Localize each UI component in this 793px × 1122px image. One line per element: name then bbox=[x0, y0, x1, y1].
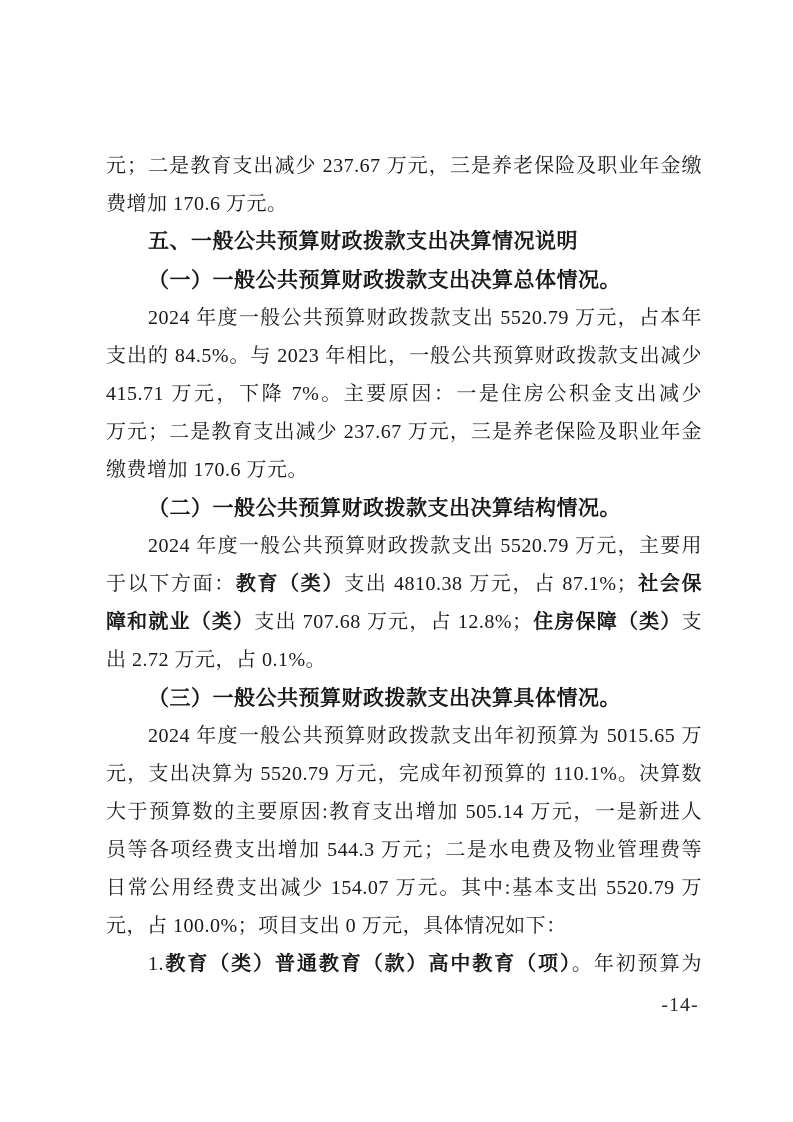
text-segment: 支 bbox=[682, 611, 702, 633]
body-text-line: 元；二是教育支出减少 237.67 万元，三是养老保险及职业年金缴 bbox=[106, 147, 702, 185]
body-text-line: 1.教育（类）普通教育（款）高中教育（项）。年初预算为 bbox=[106, 945, 702, 983]
body-text-line: 于以下方面：教育（类）支出 4810.38 万元，占 87.1%；社会保 bbox=[106, 565, 702, 603]
page-number: -14- bbox=[650, 992, 710, 1018]
body-text-line: 费增加 170.6 万元。 bbox=[106, 185, 702, 223]
text-segment: 缴费增加 170.6 万元。 bbox=[106, 459, 308, 481]
bold-text-segment: 障和就业（类） bbox=[106, 611, 254, 633]
text-segment: 日常公用经费支出减少 154.07 万元。其中:基本支出 5520.79 万 bbox=[106, 877, 702, 899]
text-segment: 费增加 170.6 万元。 bbox=[106, 193, 288, 215]
text-segment: 出 2.72 万元，占 0.1%。 bbox=[106, 649, 326, 671]
body-text-line: 2024 年度一般公共预算财政拨款支出年初预算为 5015.65 万 bbox=[106, 717, 702, 755]
text-segment: 2024 年度一般公共预算财政拨款支出 5520.79 万元，占本年 bbox=[148, 307, 702, 329]
body-text-line: 万元；二是教育支出减少 237.67 万元，三是养老保险及职业年金 bbox=[106, 413, 702, 451]
bold-text-segment: 住房保障（类） bbox=[533, 611, 682, 633]
text-segment: 支出 4810.38 万元，占 87.1%； bbox=[344, 573, 637, 595]
body-text-line: 415.71 万元，下降 7%。主要原因：一是住房公积金支出减少 348.65 bbox=[106, 375, 702, 413]
text-segment: 支出的 84.5%。与 2023 年相比，一般公共预算财政拨款支出减少 bbox=[106, 345, 702, 367]
bold-text-segment: 教育（类） bbox=[236, 573, 344, 595]
body-text-line: 大于预算数的主要原因:教育支出增加 505.14 万元，一是新进人 bbox=[106, 793, 702, 831]
bold-text-segment: 五、一般公共预算财政拨款支出决算情况说明 bbox=[148, 230, 578, 253]
text-segment: 元；二是教育支出减少 237.67 万元，三是养老保险及职业年金缴 bbox=[106, 155, 702, 177]
text-segment: 2024 年度一般公共预算财政拨款支出年初预算为 5015.65 万 bbox=[148, 725, 702, 747]
text-segment: 。年初预算为 bbox=[572, 953, 702, 975]
body-text-line: 支出的 84.5%。与 2023 年相比，一般公共预算财政拨款支出减少 bbox=[106, 337, 702, 375]
bold-text-segment: （二）一般公共预算财政拨款支出决算结构情况。 bbox=[148, 496, 621, 520]
body-text-line: 障和就业（类）支出 707.68 万元，占 12.8%；住房保障（类）支 bbox=[106, 603, 702, 641]
bold-text-segment: （一）一般公共预算财政拨款支出决算总体情况。 bbox=[148, 268, 621, 292]
text-segment: 415.71 万元，下降 7%。主要原因：一是住房公积金支出减少 348.65 bbox=[106, 383, 702, 413]
subsection-heading: （三）一般公共预算财政拨款支出决算具体情况。 bbox=[106, 679, 702, 717]
text-segment: 1. bbox=[148, 953, 164, 975]
body-text-line: 出 2.72 万元，占 0.1%。 bbox=[106, 641, 702, 679]
body-text-line: 元，占 100.0%；项目支出 0 万元，具体情况如下： bbox=[106, 907, 702, 945]
text-segment: 元，支出决算为 5520.79 万元，完成年初预算的 110.1%。决算数 bbox=[106, 763, 702, 785]
body-text-line: 元，支出决算为 5520.79 万元，完成年初预算的 110.1%。决算数 bbox=[106, 755, 702, 793]
text-segment: 2024 年度一般公共预算财政拨款支出 5520.79 万元，主要用 bbox=[148, 535, 702, 557]
bold-text-segment: （三）一般公共预算财政拨款支出决算具体情况。 bbox=[148, 686, 621, 710]
text-segment: 大于预算数的主要原因:教育支出增加 505.14 万元，一是新进人 bbox=[106, 801, 702, 823]
text-segment: 支出 707.68 万元，占 12.8%； bbox=[254, 611, 532, 633]
body-text-line: 缴费增加 170.6 万元。 bbox=[106, 451, 702, 489]
section-heading: 五、一般公共预算财政拨款支出决算情况说明 bbox=[106, 223, 702, 261]
text-segment: 于以下方面： bbox=[106, 573, 236, 595]
bold-text-segment: 教育（类）普通教育（款）高中教育（项） bbox=[164, 953, 572, 975]
body-text-line: 日常公用经费支出减少 154.07 万元。其中:基本支出 5520.79 万 bbox=[106, 869, 702, 907]
subsection-heading: （一）一般公共预算财政拨款支出决算总体情况。 bbox=[106, 261, 702, 299]
subsection-heading: （二）一般公共预算财政拨款支出决算结构情况。 bbox=[106, 489, 702, 527]
text-segment: 元，占 100.0%；项目支出 0 万元，具体情况如下： bbox=[106, 915, 567, 937]
body-text-line: 2024 年度一般公共预算财政拨款支出 5520.79 万元，占本年 bbox=[106, 299, 702, 337]
text-segment: 万元；二是教育支出减少 237.67 万元，三是养老保险及职业年金 bbox=[106, 421, 702, 443]
bold-text-segment: 社会保 bbox=[637, 573, 702, 595]
text-segment: 员等各项经费支出增加 544.3 万元；二是水电费及物业管理费等 bbox=[106, 839, 702, 861]
body-text-line: 2024 年度一般公共预算财政拨款支出 5520.79 万元，主要用 bbox=[106, 527, 702, 565]
body-text-line: 员等各项经费支出增加 544.3 万元；二是水电费及物业管理费等 bbox=[106, 831, 702, 869]
document-page: 元；二是教育支出减少 237.67 万元，三是养老保险及职业年金缴费增加 170… bbox=[0, 0, 793, 1122]
document-body: 元；二是教育支出减少 237.67 万元，三是养老保险及职业年金缴费增加 170… bbox=[106, 147, 702, 983]
